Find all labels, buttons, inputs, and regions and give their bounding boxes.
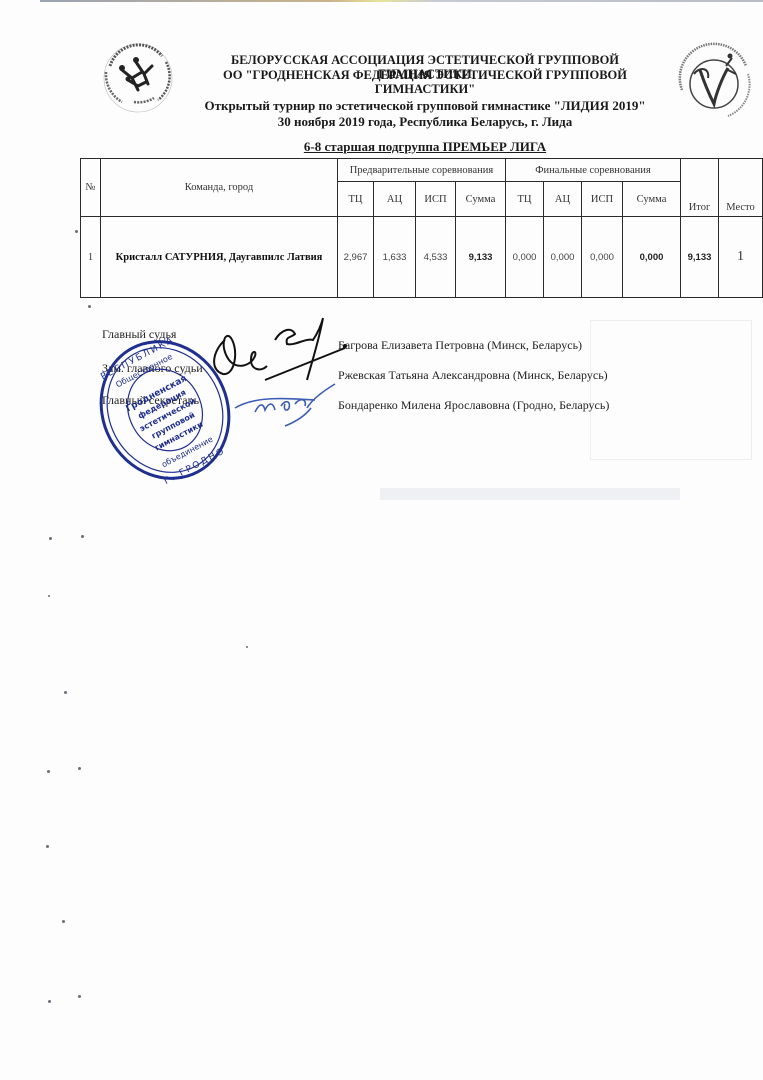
final-tc: 0,000 [506,217,544,298]
tournament-title: Открытый турнир по эстетической группово… [190,98,660,113]
scan-speck [48,1000,51,1003]
organization-stamp-icon: РЕСПУБЛИКА Г. ГРОДНО Гродненская федерац… [96,330,234,490]
header-final-ac: АЦ [544,182,582,217]
table-row: 1 Кристалл САТУРНИЯ, Даугавпилс Латвия 2… [81,217,763,298]
row-number: 1 [81,217,101,298]
table-header-row: № Команда, город Предварительные соревно… [81,159,763,182]
header-team: Команда, город [101,159,338,217]
total-score: 9,133 [681,217,719,298]
official-name: Багрова Елизавета Петровна (Минск, Белар… [338,338,582,353]
header-total: Итог [681,159,719,217]
header-final: Финальные соревнования [506,159,681,182]
header-prelim-isp: ИСП [416,182,456,217]
header-final-isp: ИСП [582,182,623,217]
official-name: Ржевская Татьяна Александровна (Минск, Б… [338,368,608,383]
scan-speck [46,845,49,848]
scan-speck [48,595,50,597]
header-number: № [81,159,101,217]
results-table: № Команда, город Предварительные соревно… [80,158,763,298]
row-team: Кристалл САТУРНИЯ, Даугавпилс Латвия [101,217,338,298]
prelim-isp: 4,533 [416,217,456,298]
official-name: Бондаренко Милена Ярославовна (Гродно, Б… [338,398,609,413]
scan-speck [78,767,81,770]
final-isp: 0,000 [582,217,623,298]
scan-speck [64,691,67,694]
federation-name: ОО "ГРОДНЕНСКАЯ ФЕДЕРАЦИЯ ЭСТЕТИЧЕСКОЙ Г… [190,68,660,96]
final-sum: 0,000 [623,217,681,298]
tournament-date-place: 30 ноября 2019 года, Республика Беларусь… [190,114,660,129]
header-prelim-ac: АЦ [374,182,416,217]
final-ac: 0,000 [544,217,582,298]
scan-speck [78,995,81,998]
scan-speck [246,646,248,648]
scan-speck [81,535,84,538]
place: 1 [719,217,763,298]
prelim-sum: 9,133 [456,217,506,298]
secretary-signature-icon [225,378,345,428]
scan-speck [62,920,65,923]
header-final-sum: Сумма [623,182,681,217]
header-final-tc: ТЦ [506,182,544,217]
scan-speck [47,770,50,773]
scan-speck [49,537,52,540]
association-logo-icon [92,32,184,124]
prelim-ac: 1,633 [374,217,416,298]
scan-edge [40,0,763,2]
header-prelim-tc: ТЦ [338,182,374,217]
header-prelim: Предварительные соревнования [338,159,506,182]
federation-logo-icon [670,38,758,126]
prelim-tc: 2,967 [338,217,374,298]
scan-speck [88,305,91,308]
header-prelim-sum: Сумма [456,182,506,217]
bleed-through-text [380,488,680,500]
scan-speck [75,230,78,233]
header-place: Место [719,159,763,217]
bleed-through-table [590,320,752,460]
subgroup-title: 6-8 старшая подгруппа ПРЕМЬЕР ЛИГА [190,140,660,154]
